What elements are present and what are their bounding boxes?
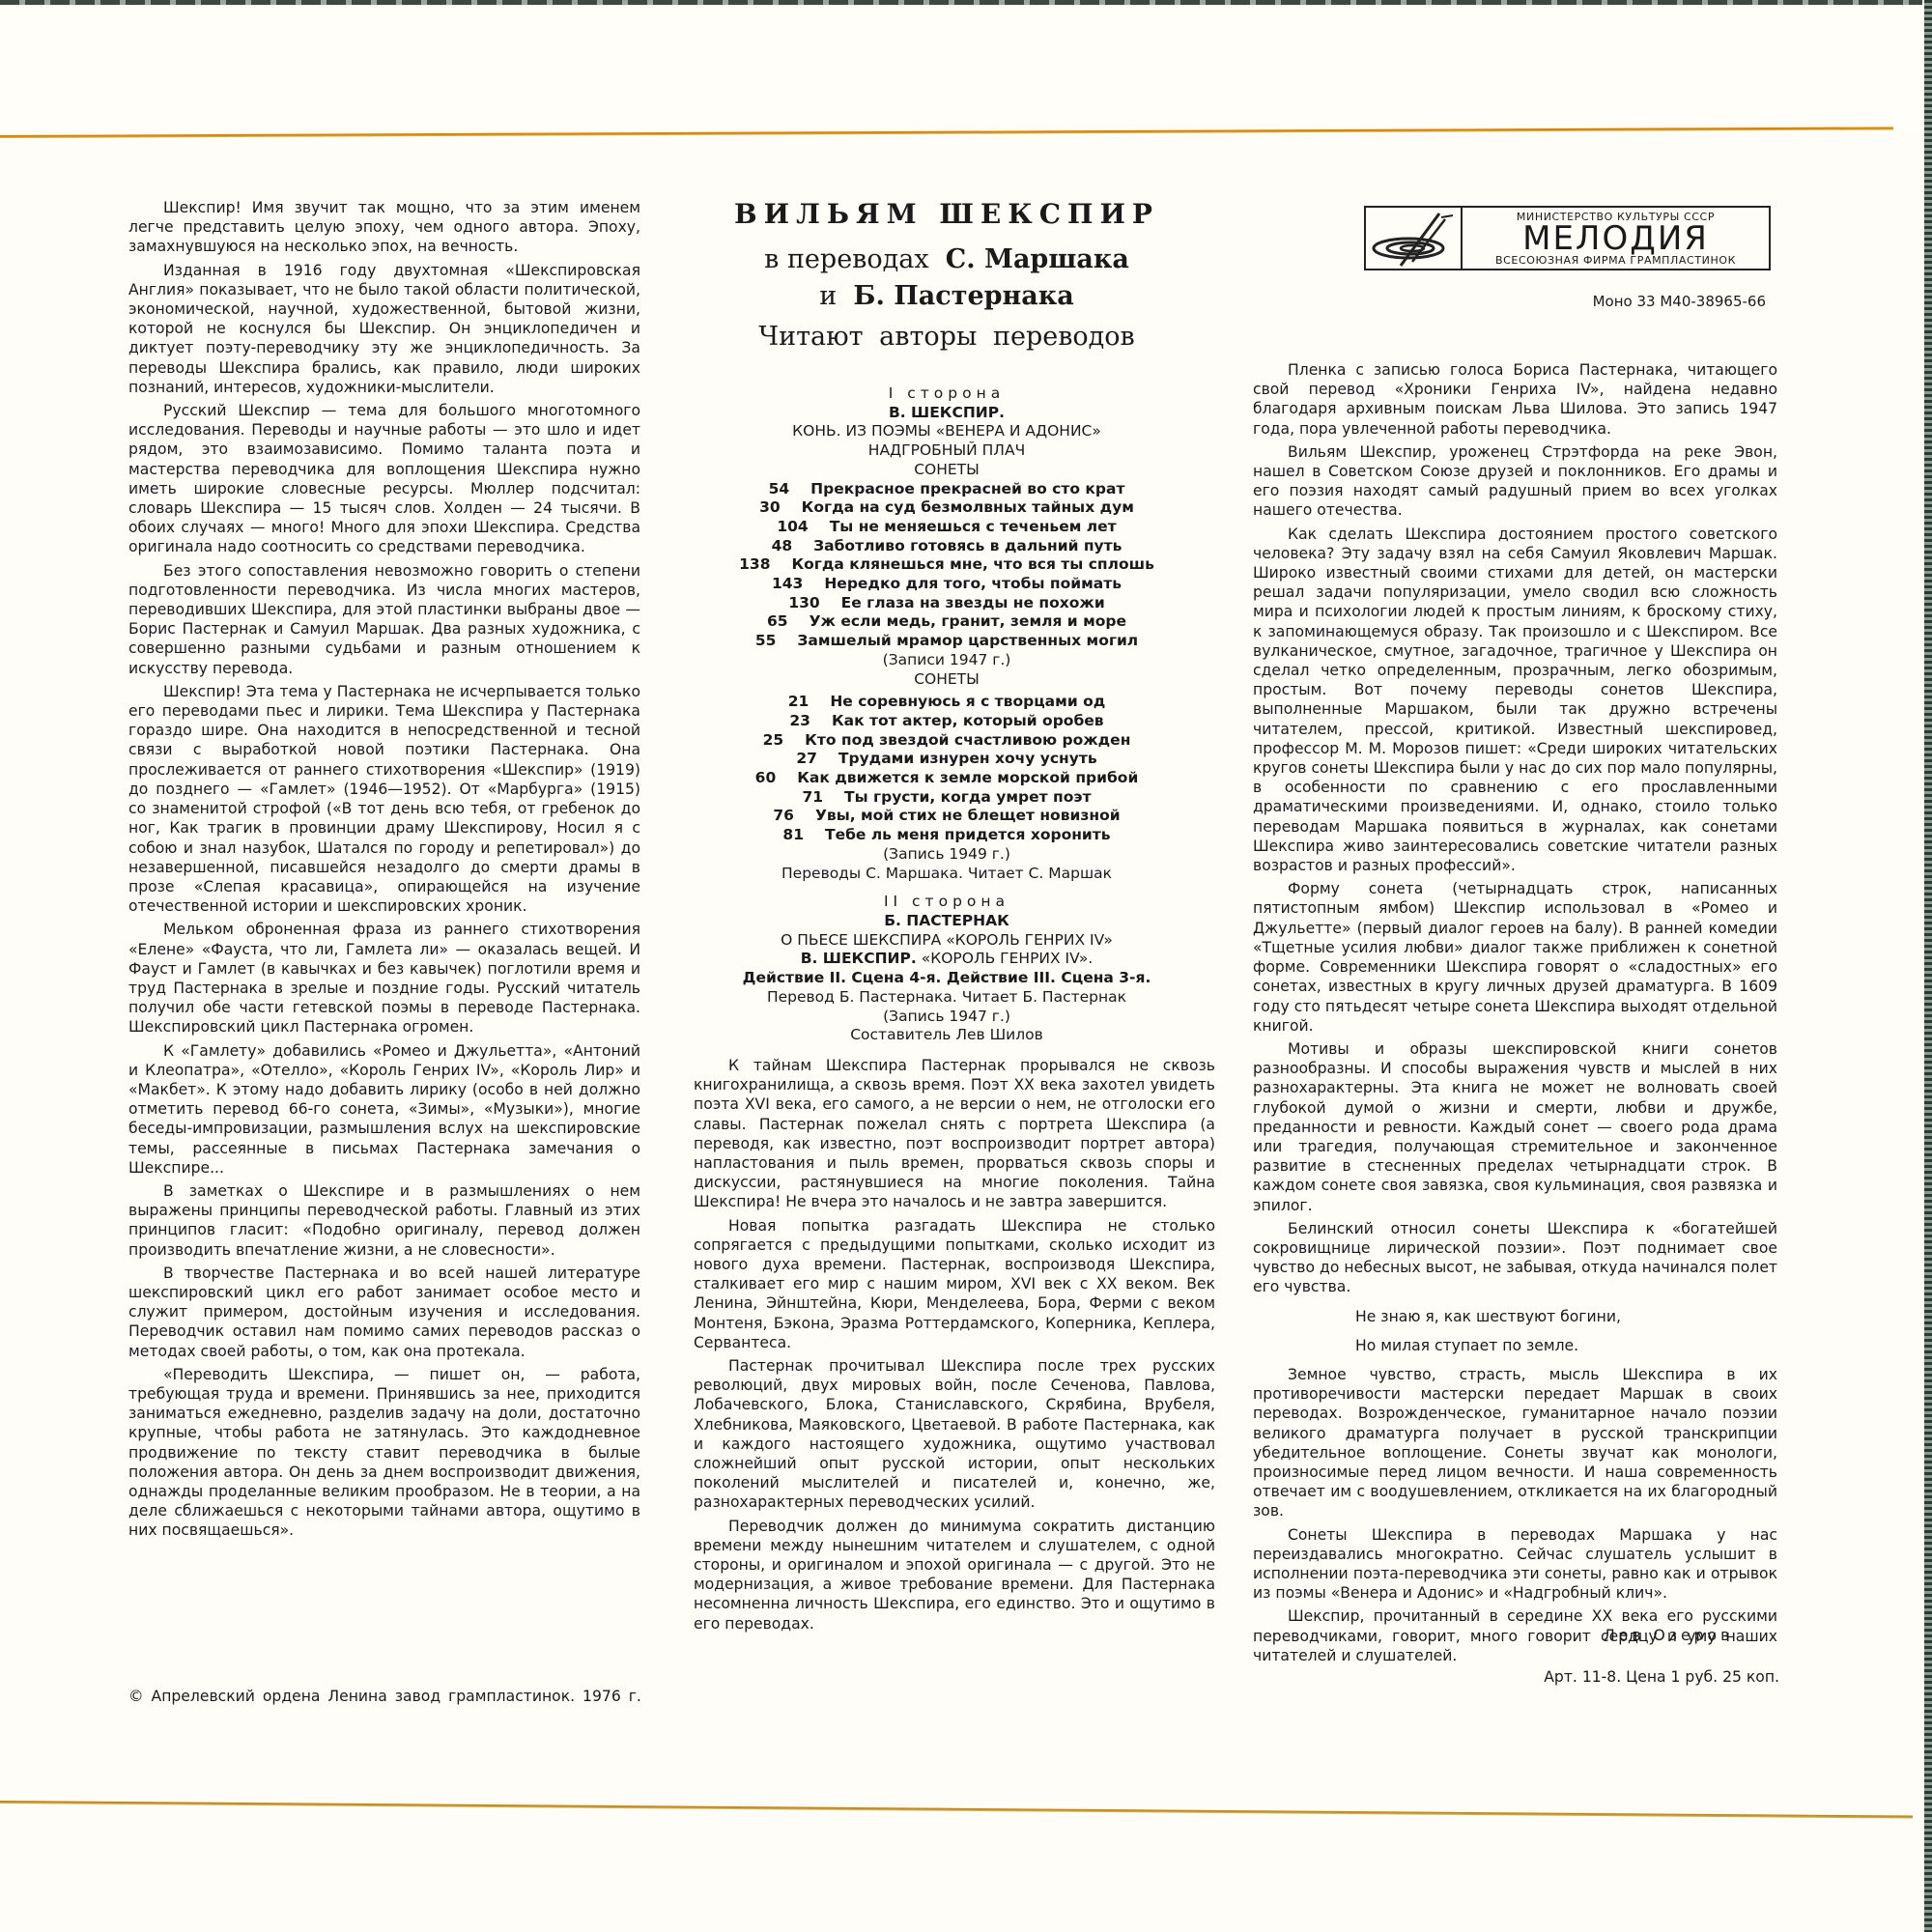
sonnet-track: 104Ты не меняешься с теченьем лет [676, 518, 1217, 537]
sonnet-number: 25 [763, 731, 784, 751]
sonnet-number: 76 [773, 807, 794, 826]
sonnet-number: 60 [755, 769, 777, 788]
scan-edge-right [1924, 0, 1932, 1932]
sonnet-title: Заботливо готовясь в дальний путь [813, 537, 1122, 554]
sonnet-track: 71Ты грусти, когда умрет поэт [676, 788, 1217, 808]
sonnet-number: 138 [739, 555, 770, 575]
sonnet-title: Ты не меняешься с теченьем лет [830, 518, 1117, 535]
work-title: НАДГРОБНЫЙ ПЛАЧ [676, 441, 1217, 461]
sonnet-title: Трудами изнурен хочу уснуть [838, 750, 1097, 767]
sonnet-number: 65 [767, 612, 788, 632]
poem-line: Но милая ступает по земле. [1253, 1336, 1777, 1355]
sonnet-title: Ее глаза на звезды не похожи [841, 594, 1105, 611]
side2-work1: О ПЬЕСЕ ШЕКСПИРА «КОРОЛЬ ГЕНРИХ IV» [676, 931, 1217, 951]
sonnets-list-b: 21Не соревнуюсь я с творцами од23Как тот… [676, 693, 1217, 845]
sonnet-number: 81 [782, 826, 804, 845]
side2-recording: (Запись 1947 г.) [676, 1008, 1217, 1027]
paragraph: В заметках о Шекспире и в размышлениях о… [128, 1181, 640, 1260]
sonnet-number: 54 [769, 480, 790, 499]
sonnet-title: Не соревнуюсь я с творцами од [830, 693, 1105, 710]
side2-work2: В. ШЕКСПИР. «КОРОЛЬ ГЕНРИХ IV». [676, 950, 1217, 969]
essay-left-column: Шекспир! Имя звучит так мощно, что за эт… [128, 198, 640, 1545]
sonnet-track: 76Увы, мой стих не блещет новизной [676, 807, 1217, 826]
sonnet-track: 81Тебе ль меня придется хоронить [676, 826, 1217, 845]
copyright-line: © Апрелевский ордена Ленина завод грампл… [128, 1688, 641, 1705]
sonnet-track: 27Трудами изнурен хочу уснуть [676, 750, 1217, 769]
sonnet-track: 130Ее глаза на звезды не похожи [676, 594, 1217, 613]
sonnet-track: 138Когда клянешься мне, что вся ты сплош… [676, 555, 1217, 575]
sonnet-number: 55 [755, 632, 777, 651]
sonnet-title: Тебе ль меня придется хоронить [825, 826, 1111, 843]
paragraph: Шекспир! Имя звучит так мощно, что за эт… [128, 198, 640, 257]
sonnet-number: 104 [777, 518, 808, 537]
paragraph: Сонеты Шекспира в переводах Маршака у на… [1253, 1525, 1777, 1604]
sonnet-track: 60Как движется к земле морской прибой [676, 769, 1217, 788]
sonnet-title: Как тот актер, который оробев [832, 712, 1104, 729]
sonnet-track: 25Кто под звездой счастливою рожден [676, 731, 1217, 751]
paragraph: Белинский относил сонеты Шекспира к «бог… [1253, 1219, 1777, 1297]
paragraph: Мотивы и образы шекспировской книги соне… [1253, 1039, 1777, 1215]
sonnet-track: 55Замшелый мрамор царственных могил [676, 632, 1217, 651]
sonnet-title: Когда клянешься мне, что вся ты сплошь [791, 555, 1153, 573]
paragraph: Вильям Шекспир, уроженец Стрэтфорда на р… [1253, 442, 1777, 521]
side2-acts: Действие II. Сцена 4-я. Действие III. Сц… [676, 969, 1217, 988]
sonnet-title: Прекрасное прекрасней во сто крат [810, 480, 1124, 497]
work-title: КОНЬ. ИЗ ПОЭМЫ «ВЕНЕРА И АДОНИС» [676, 422, 1217, 441]
paragraph: Земное чувство, страсть, мысль Шекспира … [1253, 1365, 1777, 1521]
essay-right-column: Пленка с записью голоса Бориса Пастернак… [1253, 360, 1777, 1669]
paragraph: Изданная в 1916 году двухтомная «Шекспир… [128, 261, 640, 397]
sonnet-track: 48Заботливо готовясь в дальний путь [676, 537, 1217, 556]
sonnet-title: Когда на суд безмолвных тайных дум [802, 498, 1134, 516]
sonnet-number: 21 [788, 693, 810, 712]
author-signature: Лев Озеров [1604, 1627, 1733, 1644]
poem-line: Не знаю я, как шествуют богини, [1253, 1307, 1777, 1326]
paragraph: Переводчик должен до минимума сократить … [694, 1517, 1215, 1634]
sonnets-heading-b: СОНЕТЫ [676, 670, 1217, 690]
track-listing: I сторона В. ШЕКСПИР. КОНЬ. ИЗ ПОЭМЫ «ВЕ… [676, 384, 1217, 1045]
side1-works: КОНЬ. ИЗ ПОЭМЫ «ВЕНЕРА И АДОНИС»НАДГРОБН… [676, 422, 1217, 479]
melodiya-label-box: МИНИСТЕРСТВО КУЛЬТУРЫ СССР МЕЛОДИЯ ВСЕСО… [1364, 206, 1771, 270]
album-translators: в переводах С. Маршака и Б. Пастернака [676, 241, 1217, 315]
essay-middle-column: К тайнам Шекспира Пастернак прорывался н… [694, 1056, 1215, 1637]
side2-compiler: Составитель Лев Шилов [676, 1026, 1217, 1045]
price-line: Арт. 11-8. Цена 1 руб. 25 коп. [1507, 1668, 1779, 1686]
side1-credits: Переводы С. Маршака. Читает С. Маршак [676, 865, 1217, 884]
paragraph: В творчестве Пастернака и во всей нашей … [128, 1264, 640, 1361]
paragraph: Как сделать Шекспира достоянием простого… [1253, 525, 1777, 876]
sonnet-number: 27 [796, 750, 817, 769]
sleeve-top-flap [0, 0, 1932, 135]
paragraph: Шекспир! Эта тема у Пастернака не исчерп… [128, 682, 640, 916]
recording-note-b: (Запись 1949 г.) [676, 845, 1217, 865]
sonnet-track: 143Нередко для того, чтобы поймать [676, 575, 1217, 594]
paragraph: Без этого сопоставления невозможно говор… [128, 561, 640, 678]
sonnet-number: 143 [772, 575, 803, 594]
sonnet-number: 30 [759, 498, 781, 518]
side2-author: Б. ПАСТЕРНАК [676, 912, 1217, 931]
sonnet-title: Как движется к земле морской прибой [797, 769, 1138, 786]
catalog-number: Моно 33 М40-38965-66 [1507, 293, 1766, 310]
paragraph: Пленка с записью голоса Бориса Пастернак… [1253, 360, 1777, 439]
paragraph: Мельком оброненная фраза из раннего стих… [128, 920, 640, 1037]
sonnets-list-a: 54Прекрасное прекрасней во сто крат30Ког… [676, 480, 1217, 651]
work-title: СОНЕТЫ [676, 461, 1217, 480]
recording-note-a: (Записи 1947 г.) [676, 651, 1217, 670]
side2-heading: II сторона [676, 893, 1217, 912]
melodiya-logo-icon [1366, 208, 1463, 269]
sonnet-title: Уж если медь, гранит, земля и море [810, 612, 1126, 630]
sonnet-number: 71 [802, 788, 823, 808]
album-title: ВИЛЬЯМ ШЕКСПИР [676, 198, 1217, 230]
paragraph: Форму сонета (четырнадцать строк, написа… [1253, 879, 1777, 1036]
scan-edge-strip [0, 0, 1922, 5]
sonnet-title: Нередко для того, чтобы поймать [824, 575, 1122, 592]
paragraph: Пастернак прочитывал Шекспира после трех… [694, 1356, 1215, 1513]
sonnet-track: 23Как тот актер, который оробев [676, 712, 1217, 731]
sonnet-track: 21Не соревнуюсь я с творцами од [676, 693, 1217, 712]
sonnet-number: 23 [789, 712, 810, 731]
side2-credits: Перевод Б. Пастернака. Читает Б. Пастерн… [676, 988, 1217, 1008]
paragraph: К «Гамлету» добавились «Ромео и Джульетт… [128, 1041, 640, 1178]
sonnet-track: 65Уж если медь, гранит, земля и море [676, 612, 1217, 632]
sonnet-title: Увы, мой стих не блещет новизной [815, 807, 1121, 824]
brand-name: МЕЛОДИЯ [1463, 223, 1769, 254]
sonnet-track: 30Когда на суд безмолвных тайных дум [676, 498, 1217, 518]
side1-heading: I сторона [676, 384, 1217, 404]
sleeve-fold-bottom [0, 1801, 1913, 1819]
sonnet-title: Кто под звездой счастливою рожден [805, 731, 1130, 749]
paragraph: Новая попытка разгадать Шекспира не стол… [694, 1216, 1215, 1352]
sonnet-number: 48 [772, 537, 793, 556]
paragraph: «Переводить Шекспира, — пишет он, — рабо… [128, 1365, 640, 1541]
sonnet-number: 130 [788, 594, 819, 613]
firm-text: ВСЕСОЮЗНАЯ ФИРМА ГРАМПЛАСТИНОК [1463, 254, 1769, 267]
paragraph: Русский Шекспир — тема для большого мног… [128, 401, 640, 557]
sonnet-track: 54Прекрасное прекрасней во сто крат [676, 480, 1217, 499]
sonnet-title: Ты грусти, когда умрет поэт [844, 788, 1092, 806]
paragraph: К тайнам Шекспира Пастернак прорывался н… [694, 1056, 1215, 1212]
sonnet-title: Замшелый мрамор царственных могил [797, 632, 1138, 649]
album-subtitle: Читают авторы переводов [676, 322, 1217, 352]
side1-author: В. ШЕКСПИР. [676, 404, 1217, 423]
